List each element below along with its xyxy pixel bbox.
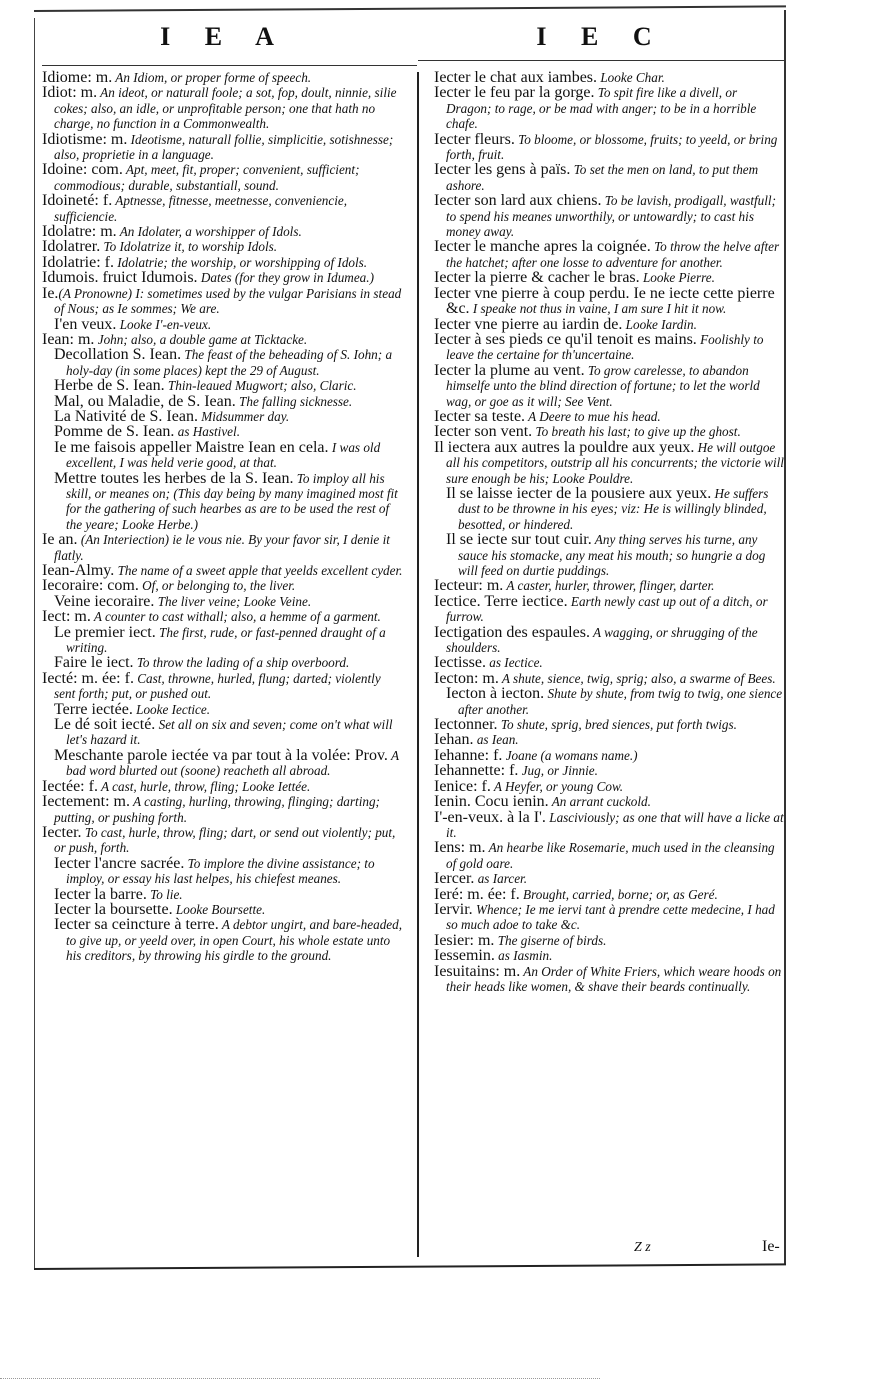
headword: Decollation S. Iean. — [54, 346, 181, 363]
left-column: Idiome: m. An Idiom, or proper forme of … — [42, 70, 404, 964]
dictionary-entry: Iectement: m. A casting, hurling, throwi… — [42, 794, 404, 825]
dictionary-entry: Iectice. Terre iectice. Earth newly cast… — [434, 594, 784, 625]
definition: Midsummer day. — [198, 409, 289, 424]
definition: A Deere to mue his head. — [525, 409, 661, 424]
headword: Iecté: m. ée: f. — [42, 670, 134, 687]
running-head-right: I E C — [418, 22, 784, 62]
dictionary-entry: Iehannette: f. Jug, or Jinnie. — [434, 763, 784, 778]
definition: A caster, hurler, thrower, flinger, dart… — [503, 578, 714, 593]
headword: Ie an. — [42, 531, 78, 548]
dictionary-entry: Ie.(A Pronowne) I: sometimes used by the… — [42, 286, 404, 317]
dictionary-entry: Meschante parole iectée va par tout à la… — [42, 748, 404, 779]
dictionary-entry: Iehan. as Iean. — [434, 732, 784, 747]
dictionary-entry: Iecter la pierre & cacher le bras. Looke… — [434, 270, 784, 285]
definition: Dates (for they grow in Idu­mea.) — [198, 270, 374, 285]
dictionary-entry: Decollation S. Iean. The feast of the be… — [42, 347, 404, 378]
definition: (A Pronowne) I: sometimes used by the vu… — [54, 286, 401, 316]
dictionary-entry: Idolatrie: f. Idolatrie; the worship, or… — [42, 255, 404, 270]
dictionary-entry: Iecter son vent. To breath his last; to … — [434, 424, 784, 439]
definition: A shute, sience, twig, sprig; also, a sw… — [499, 671, 776, 686]
dictionary-entry: Iessemin. as Iasmin. — [434, 948, 784, 963]
dictionary-entry: Idumois. fruict Idumois. Dates (for they… — [42, 270, 404, 285]
headword: Iecter sa ceincture à terre. — [54, 916, 219, 933]
dictionary-entry: Iecter le feu par la gorge. To spit fire… — [434, 85, 784, 131]
dictionary-entry: Il se laisse iecter de la pousiere aux y… — [434, 486, 784, 532]
dictionary-entry: La Nativité de S. Iean. Midsummer day. — [42, 409, 404, 424]
dictionary-entry: Iectisse. as Iectice. — [434, 655, 784, 670]
headword: Il se laisse iecter de la pousiere aux y… — [446, 485, 711, 502]
definition: To lie. — [147, 887, 183, 902]
headword: Iervir. — [434, 901, 473, 918]
dictionary-entry: Iecter fleurs. To bloome, or blossome, f… — [434, 132, 784, 163]
column-divider — [417, 72, 419, 1257]
definition: The name of a sweet apple that yeelds ex… — [114, 563, 402, 578]
dictionary-entry: Ienin. Cocu ienin. An arrant cuckold. — [434, 794, 784, 809]
definition: A Heyfer, or young Cow. — [491, 779, 623, 794]
dictionary-entry: I'en veux. Looke I'-en-veux. — [42, 317, 404, 332]
dictionary-entry: Idiot: m. An ideot, or naturall foole; a… — [42, 85, 404, 131]
definition: (An Interiection) ie le vous nie. By you… — [54, 532, 390, 562]
headword: Idoineté: f. — [42, 192, 112, 209]
definition: An ideot, or naturall foole; a sot, fop,… — [54, 85, 397, 131]
headword: Le dé soit iecté. — [54, 716, 155, 733]
headword: Iectigation des espaules. — [434, 624, 590, 641]
dictionary-entry: Iectonner. To shute, sprig, bred siences… — [434, 717, 784, 732]
headword: I'-en-veux. à la I'. — [434, 809, 546, 826]
dictionary-entry: Iehanne: f. Joane (a womans name.) — [434, 748, 784, 763]
catchword: Ie- — [762, 1238, 780, 1256]
top-border — [34, 5, 786, 12]
dictionary-entry: Iecter la barre. To lie. — [42, 887, 404, 902]
definition: Looke Iectice. — [133, 702, 210, 717]
headword: Idoine: com. — [42, 161, 123, 178]
definition: as Iasmin. — [495, 948, 553, 963]
definition: The falling sicknesse. — [236, 394, 352, 409]
definition: Looke Boursette. — [173, 902, 266, 917]
headword: Il iectera aux autres la pouldre aux yeu… — [434, 439, 694, 456]
definition: Jug, or Jinnie. — [518, 763, 597, 778]
headword: Idiot: m. — [42, 84, 97, 101]
definition: The liver veine; Looke Veine. — [154, 594, 311, 609]
headword: Iecter son lard aux chiens. — [434, 192, 601, 209]
dictionary-entry: I'-en-veux. à la I'. Lasciviously; as on… — [434, 810, 784, 841]
definition: Thin-leaued Mugwort; also, Claric. — [165, 378, 357, 393]
headword: Le premier iect. — [54, 624, 156, 641]
definition: To throw the lading of a ship overboord. — [134, 655, 350, 670]
definition: as Hastivel. — [174, 424, 240, 439]
headword: Iectice. Terre iectice. — [434, 593, 568, 610]
dictionary-entry: Mettre toutes les herbes de la S. Iean. … — [42, 471, 404, 533]
dictionary-entry: Iecter le manche apres la coignée. To th… — [434, 239, 784, 270]
dictionary-entry: Ienice: f. A Heyfer, or young Cow. — [434, 779, 784, 794]
headword: Meschante parole iectée va par tout à la… — [54, 747, 388, 764]
dictionary-entry: Iecteur: m. A caster, hurler, thrower, f… — [434, 578, 784, 593]
headword: Mettre toutes les herbes de la S. Iean. — [54, 470, 293, 487]
dictionary-entry: Iecter sa teste. A Deere to mue his head… — [434, 409, 784, 424]
dictionary-entry: Iecter vne pierre à coup perdu. Ie ne ie… — [434, 286, 784, 317]
dictionary-entry: Iecter le chat aux iambes. Looke Char. — [434, 70, 784, 85]
dictionary-entry: Iesier: m. The giserne of birds. — [434, 933, 784, 948]
headword: Iecter le manche apres la coignée. — [434, 238, 651, 255]
headword: Iecter. — [42, 824, 82, 841]
definition: To cast, hurle, throw, fling; dart, or s… — [54, 825, 395, 855]
dictionary-entry: Ie an. (An Interiection) ie le vous nie.… — [42, 532, 404, 563]
dictionary-entry: Pomme de S. Iean. as Hastivel. — [42, 424, 404, 439]
definition: John; also, a double game at Ticktacke. — [94, 332, 307, 347]
dictionary-entry: Terre iectée. Looke Iectice. — [42, 702, 404, 717]
header-rule-right — [418, 60, 784, 61]
dictionary-entry: Idolatre: m. An Idolater, a worshipper o… — [42, 224, 404, 239]
definition: Joane (a womans name.) — [502, 748, 637, 763]
definition: Looke Char. — [597, 70, 665, 85]
definition: Whence; Ie me iervi tant à prendre cette… — [446, 902, 775, 932]
definition: An Idolater, a worshipper of Idols. — [117, 224, 302, 239]
definition: To shute, sprig, bred siences, put forth… — [498, 717, 737, 732]
headword: Iecter l'ancre sacrée. — [54, 855, 184, 872]
definition: The giserne of birds. — [494, 933, 606, 948]
definition: Looke Pierre. — [640, 270, 715, 285]
dictionary-entry: Iecter à ses pieds ce qu'il tenoit es ma… — [434, 332, 784, 363]
dictionary-entry: Iecter vne pierre au iardin de. Looke Ia… — [434, 317, 784, 332]
definition: I speake not thus in vaine, I am sure I … — [470, 301, 727, 316]
definition: as Iean. — [474, 732, 519, 747]
dictionary-entry: Iecter son lard aux chiens. To be lavish… — [434, 193, 784, 239]
headword: Iecter les gens à païs. — [434, 161, 570, 178]
definition: Looke Iardin. — [622, 317, 697, 332]
dictionary-entry: Herbe de S. Iean. Thin-leaued Mugwort; a… — [42, 378, 404, 393]
dictionary-entry: Veine iecoraire. The liver veine; Looke … — [42, 594, 404, 609]
definition: Idolatrie; the worship, or worshipping o… — [114, 255, 367, 270]
headword: Il se iecte sur tout cuir. — [446, 531, 592, 548]
definition: as Iarcer. — [474, 871, 527, 886]
dictionary-entry: Iecter. To cast, hurle, throw, fling; da… — [42, 825, 404, 856]
dictionary-entry: Iervir. Whence; Ie me iervi tant à prend… — [434, 902, 784, 933]
dictionary-entry: Iean: m. John; also, a double game at Ti… — [42, 332, 404, 347]
headword: Idiotisme: m. — [42, 131, 127, 148]
dictionary-entry: Iect: m. A counter to cast withall; also… — [42, 609, 404, 624]
definition: An arrant cuckold. — [549, 794, 651, 809]
definition: A counter to cast withall; also, a hemme… — [91, 609, 381, 624]
right-border — [784, 10, 786, 1265]
dictionary-entry: Iecter l'ancre sacrée. To implore the di… — [42, 856, 404, 887]
headword: Ie. — [42, 285, 58, 302]
right-column: Iecter le chat aux iambes. Looke Char.Ie… — [434, 70, 784, 994]
definition: To Idolatrize it, to worship Idols. — [100, 239, 277, 254]
dictionary-entry: Il se iecte sur tout cuir. Any thing ser… — [434, 532, 784, 578]
left-border — [34, 18, 35, 1270]
headword: Iecter fleurs. — [434, 131, 515, 148]
dictionary-entry: Iecter les gens à païs. To set the men o… — [434, 162, 784, 193]
headword: Iens: m. — [434, 839, 486, 856]
dictionary-entry: Faire le iect. To throw the lading of a … — [42, 655, 404, 670]
dictionary-entry: Mal, ou Maladie, de S. Iean. The falling… — [42, 394, 404, 409]
dictionary-entry: Iecter la plume au vent. To grow careles… — [434, 363, 784, 409]
scan-edge — [0, 1378, 600, 1380]
header-rule-left — [42, 65, 417, 66]
dictionary-entry: Iecter la boursette. Looke Boursette. — [42, 902, 404, 917]
dictionary-entry: Idoineté: f. Aptnesse, fitnesse, meetnes… — [42, 193, 404, 224]
dictionary-entry: Idiotisme: m. Ideotisme, naturall follie… — [42, 132, 404, 163]
definition: Looke I'-en-veux. — [116, 317, 211, 332]
dictionary-entry: Idiome: m. An Idiom, or proper forme of … — [42, 70, 404, 85]
dictionary-entry: Iecoraire: com. Of, or belonging to, the… — [42, 578, 404, 593]
dictionary-entry: Iens: m. An hearbe like Rosemarie, much … — [434, 840, 784, 871]
definition: An Idiom, or proper forme of speech. — [112, 70, 311, 85]
dictionary-entry: Ieré: m. ée: f. Brought, carried, borne;… — [434, 887, 784, 902]
dictionary-entry: Le dé soit iecté. Set all on six and sev… — [42, 717, 404, 748]
dictionary-entry: Idoine: com. Apt, meet, fit, proper; con… — [42, 162, 404, 193]
dictionary-page: I E A I E C Idiome: m. An Idiom, or prop… — [34, 10, 786, 1270]
headword: Idumois. fruict Idumois. — [42, 269, 198, 286]
dictionary-entry: Iesuitains: m. An Order of White Friers,… — [434, 964, 784, 995]
dictionary-entry: Iecté: m. ée: f. Cast, throwne, hurled, … — [42, 671, 404, 702]
headword: Iecton à iecton. — [446, 685, 544, 702]
dictionary-entry: Ie me faisois appeller Maistre Iean en c… — [42, 440, 404, 471]
definition: A cast, hurle, throw, fling; Looke Ietté… — [98, 779, 310, 794]
headword: Iecter à ses pieds ce qu'il tenoit es ma… — [434, 331, 697, 348]
headword: Iecter la plume au vent. — [434, 362, 585, 379]
dictionary-entry: Le premier iect. The first, rude, or fas… — [42, 625, 404, 656]
headword: Iectement: m. — [42, 793, 130, 810]
signature-mark: Z z — [634, 1240, 651, 1256]
definition: Brought, carried, borne; or, as Geré. — [520, 887, 718, 902]
running-head-left: I E A — [34, 22, 414, 62]
dictionary-entry: Iercer. as Iarcer. — [434, 871, 784, 886]
headword: Iesuitains: m. — [434, 963, 520, 980]
dictionary-entry: Iectigation des espaules. A wagging, or … — [434, 625, 784, 656]
headword: Ie me faisois appeller Maistre Iean en c… — [54, 439, 329, 456]
dictionary-entry: Iecton: m. A shute, sience, twig, sprig;… — [434, 671, 784, 686]
dictionary-entry: Iecton à iecton. Shute by shute, from tw… — [434, 686, 784, 717]
definition: An hearbe like Rosemarie, much used in t… — [446, 840, 775, 870]
dictionary-entry: Iecter sa ceincture à terre. A debtor un… — [42, 917, 404, 963]
dictionary-entry: Iean-Almy. The name of a sweet apple tha… — [42, 563, 404, 578]
dictionary-entry: Idolatrer. To Idolatrize it, to worship … — [42, 239, 404, 254]
definition: To breath his last; to give up the ghost… — [532, 424, 741, 439]
dictionary-entry: Il iectera aux autres la pouldre aux yeu… — [434, 440, 784, 486]
definition: as Iectice. — [486, 655, 543, 670]
definition: Of, or belonging to, the liver. — [139, 578, 295, 593]
dictionary-entry: Iectée: f. A cast, hurle, throw, fling; … — [42, 779, 404, 794]
headword: Iecter le feu par la gorge. — [434, 84, 595, 101]
bottom-border — [34, 1263, 786, 1270]
